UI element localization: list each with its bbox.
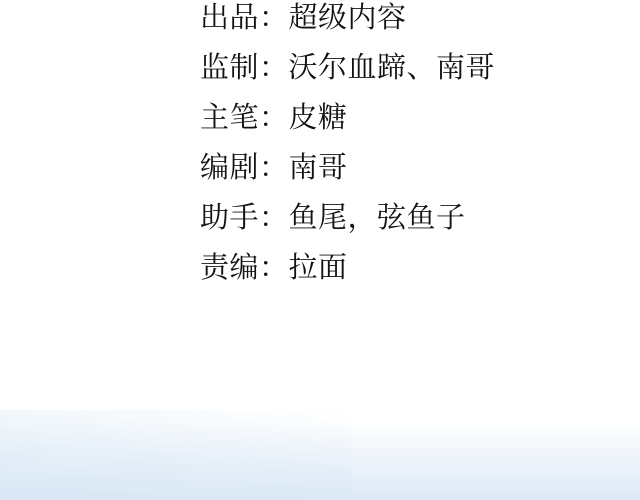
credit-role-label: 责编 xyxy=(200,252,259,284)
credit-row-lead-artist: 主笔：皮糖 xyxy=(200,93,495,143)
credit-row-producer: 出品：超级内容 xyxy=(200,0,495,43)
credit-role-label: 主笔 xyxy=(200,102,259,134)
credit-colon: ： xyxy=(259,2,289,34)
credit-colon: ： xyxy=(259,102,289,134)
credit-value: 鱼尾，弦鱼子 xyxy=(289,202,466,234)
credit-row-supervisor: 监制：沃尔血蹄、南哥 xyxy=(200,43,495,93)
credit-value: 皮糖 xyxy=(289,102,348,134)
credit-value: 南哥 xyxy=(289,152,348,184)
credit-colon: ： xyxy=(259,252,289,284)
bottom-gradient-tint xyxy=(0,410,352,500)
credit-row-assistant: 助手：鱼尾，弦鱼子 xyxy=(200,193,495,243)
credit-value: 超级内容 xyxy=(289,2,407,34)
credit-row-screenwriter: 编剧：南哥 xyxy=(200,143,495,193)
credit-row-editor: 责编：拉面 xyxy=(200,243,495,293)
credit-role-label: 监制 xyxy=(200,52,259,84)
credits-list: 出品：超级内容 监制：沃尔血蹄、南哥 主笔：皮糖 编剧：南哥 助手：鱼尾，弦鱼子… xyxy=(200,0,495,293)
credit-role-label: 助手 xyxy=(200,202,259,234)
credit-colon: ： xyxy=(259,202,289,234)
credit-value: 沃尔血蹄、南哥 xyxy=(289,52,496,84)
credit-value: 拉面 xyxy=(289,252,348,284)
credit-colon: ： xyxy=(259,52,289,84)
comic-credits-page: 出品：超级内容 监制：沃尔血蹄、南哥 主笔：皮糖 编剧：南哥 助手：鱼尾，弦鱼子… xyxy=(0,0,640,500)
credit-colon: ： xyxy=(259,152,289,184)
credit-role-label: 编剧 xyxy=(200,152,259,184)
credit-role-label: 出品 xyxy=(200,2,259,34)
